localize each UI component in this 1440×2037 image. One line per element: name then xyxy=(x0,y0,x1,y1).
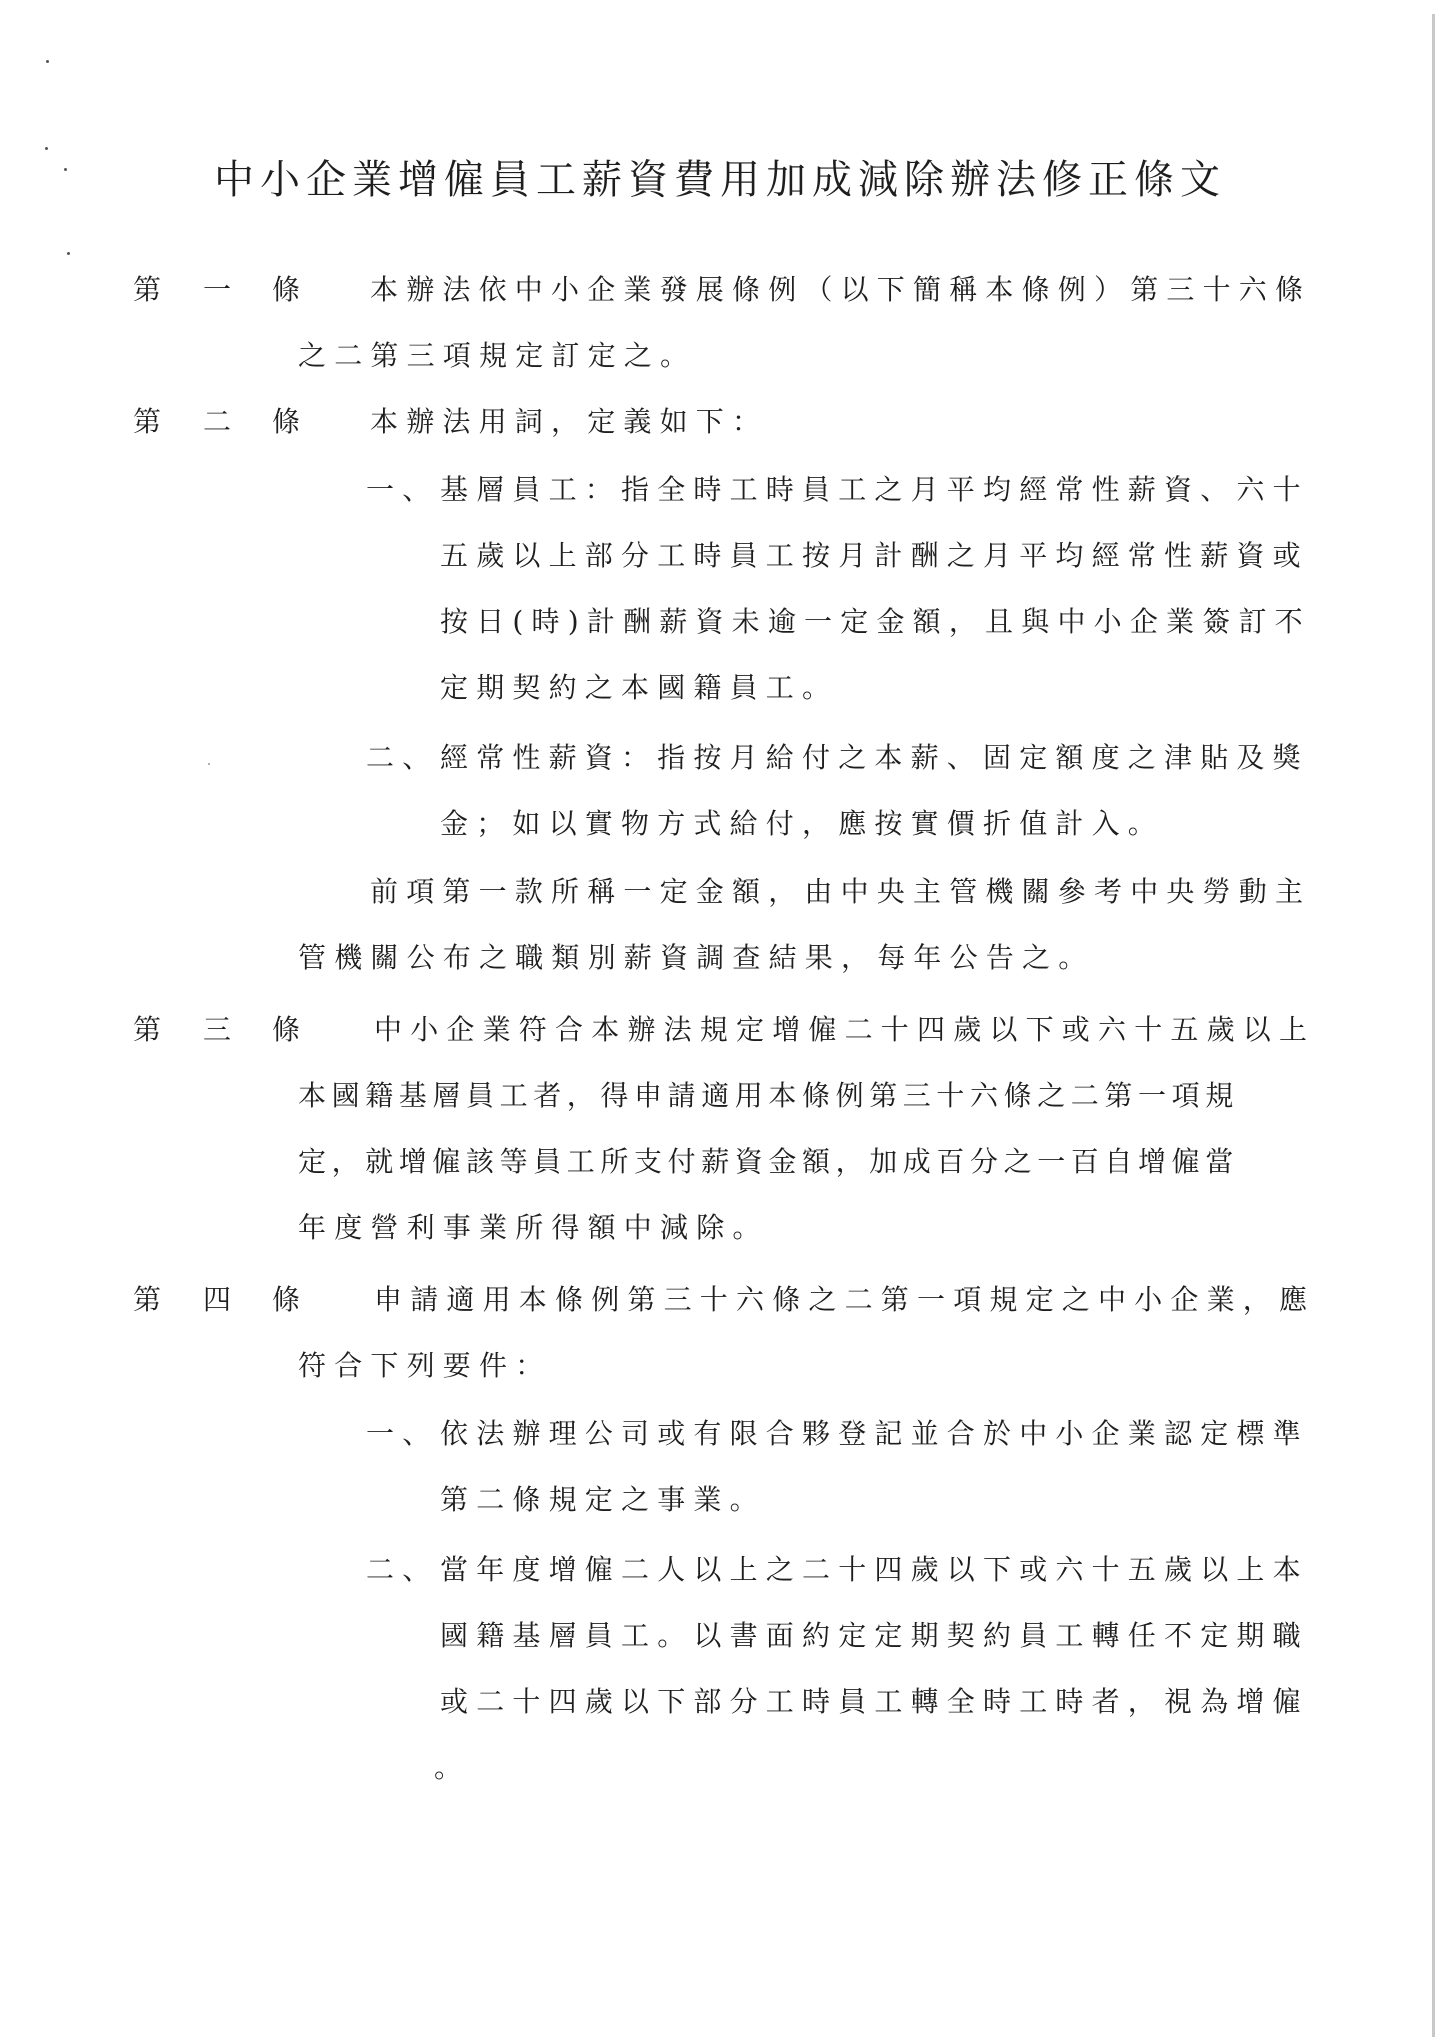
article-text-line: 申請適用本條例第三十六條之二第一項規定之中小企業，應 xyxy=(374,1280,1315,1320)
article-text-line: 本國籍基層員工者，得申請適用本條例第三十六條之二第一項規 xyxy=(298,1076,1239,1116)
article-text-line: 本辦法用詞，定義如下： xyxy=(370,402,768,442)
item-text-line: 依法辦理公司或有限合夥登記並合於中小企業認定標準 xyxy=(440,1414,1309,1454)
article-text-line: 中小企業符合本辦法規定增僱二十四歲以下或六十五歲以上 xyxy=(374,1010,1315,1050)
article-label-number: 一 xyxy=(203,270,231,310)
article-text-line: 之二第三項規定訂定之。 xyxy=(298,336,696,376)
article-text-line: 本辦法依中小企業發展條例（以下簡稱本條例）第三十六條 xyxy=(370,270,1311,310)
article-paragraph-line: 管機關公布之職類別薪資調查結果，每年公告之。 xyxy=(298,938,1094,978)
article-text-line: 定，就增僱該等員工所支付薪資金額，加成百分之一百自增僱當 xyxy=(298,1142,1239,1182)
article-label-prefix: 第 xyxy=(133,1010,161,1050)
item-marker: 二、 xyxy=(366,738,438,778)
article-text-line: 符合下列要件： xyxy=(298,1346,551,1386)
article-label-number: 二 xyxy=(203,402,231,442)
item-text-line: 五歲以上部分工時員工按月計酬之月平均經常性薪資或 xyxy=(440,536,1309,576)
article-text-line: 年度營利事業所得額中減除。 xyxy=(298,1208,769,1248)
scan-speck xyxy=(208,763,210,765)
item-text-line: 經常性薪資：指按月給付之本薪、固定額度之津貼及獎 xyxy=(440,738,1309,778)
article-label-number: 四 xyxy=(203,1280,231,1320)
document-title: 中小企業增僱員工薪資費用加成減除辦法修正條文 xyxy=(0,148,1440,212)
item-text-line: 基層員工：指全時工時員工之月平均經常性薪資、六十 xyxy=(440,470,1309,510)
article-label-suffix: 條 xyxy=(272,1280,300,1320)
item-text-line: 國籍基層員工。以書面約定定期契約員工轉任不定期職 xyxy=(440,1616,1309,1656)
item-text-line: 。 xyxy=(434,1748,470,1788)
article-label-suffix: 條 xyxy=(272,1010,300,1050)
scan-speck xyxy=(46,60,49,63)
item-text-line: 按日(時)計酬薪資未逾一定金額，且與中小企業簽訂不 xyxy=(440,602,1311,642)
article-label-prefix: 第 xyxy=(133,402,161,442)
article-paragraph-line: 前項第一款所稱一定金額，由中央主管機關參考中央勞動主 xyxy=(370,872,1311,912)
article-label-suffix: 條 xyxy=(272,402,300,442)
article-label-prefix: 第 xyxy=(133,1280,161,1320)
article-label-number: 三 xyxy=(203,1010,231,1050)
item-text-line: 或二十四歲以下部分工時員工轉全時工時者，視為增僱 xyxy=(440,1682,1309,1722)
item-text-line: 當年度增僱二人以上之二十四歲以下或六十五歲以上本 xyxy=(440,1550,1309,1590)
item-text-line: 金；如以實物方式給付，應按實價折值計入。 xyxy=(440,804,1164,844)
item-marker: 一、 xyxy=(366,470,438,510)
article-label-suffix: 條 xyxy=(272,270,300,310)
page-edge xyxy=(1432,14,1435,2037)
item-marker: 二、 xyxy=(366,1550,438,1590)
item-text-line: 定期契約之本國籍員工。 xyxy=(440,668,838,708)
item-text-line: 第二條規定之事業。 xyxy=(440,1480,766,1520)
item-marker: 一、 xyxy=(366,1414,438,1454)
article-label-prefix: 第 xyxy=(133,270,161,310)
scan-speck xyxy=(67,252,70,255)
